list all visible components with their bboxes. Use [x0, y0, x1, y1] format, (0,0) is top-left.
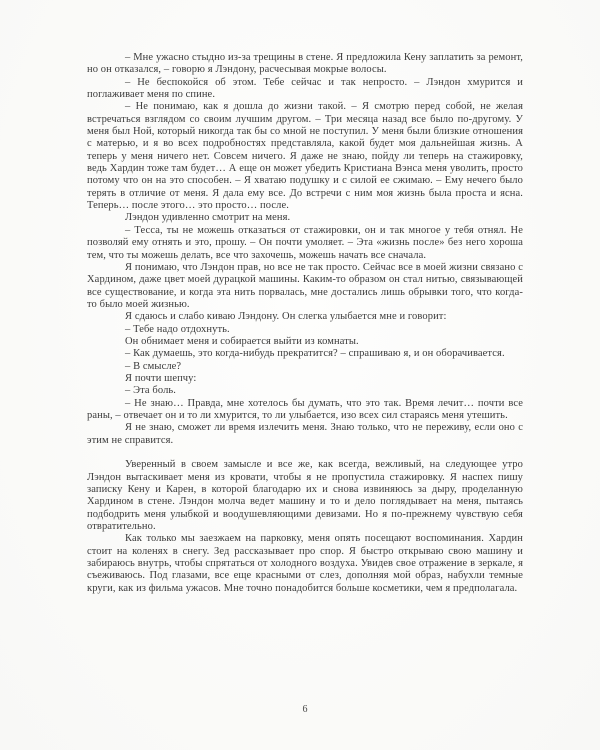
paragraph: Он обнимает меня и собирается выйти из к…	[87, 336, 523, 348]
paragraph: – Эта боль.	[87, 385, 523, 397]
page-number: 6	[87, 704, 523, 715]
paragraph: – В смысле?	[87, 361, 523, 373]
paragraph: – Не понимаю, как я дошла до жизни такой…	[87, 101, 523, 212]
paragraph: Я понимаю, что Лэндон прав, но все не та…	[87, 262, 523, 311]
paragraph: – Как думаешь, это когда-нибудь прекрати…	[87, 348, 523, 360]
page-text: – Мне ужасно стыдно из-за трещины в стен…	[87, 52, 523, 595]
paragraph: – Мне ужасно стыдно из-за трещины в стен…	[87, 52, 523, 77]
paragraph: Уверенный в своем замысле и все же, как …	[87, 459, 523, 533]
paragraph: – Тебе надо отдохнуть.	[87, 324, 523, 336]
paragraph: Лэндон удивленно смотрит на меня.	[87, 212, 523, 224]
book-page: – Мне ужасно стыдно из-за трещины в стен…	[0, 0, 600, 750]
paragraph: Я почти шепчу:	[87, 373, 523, 385]
paragraph: Я сдаюсь и слабо киваю Лэндону. Он слегк…	[87, 311, 523, 323]
paragraph: Я не знаю, сможет ли время излечить меня…	[87, 422, 523, 447]
paragraph: – Не беспокойся об этом. Тебе сейчас и т…	[87, 77, 523, 102]
paragraph: Как только мы заезжаем на парковку, меня…	[87, 533, 523, 595]
paragraph: – Тесса, ты не можешь отказаться от стаж…	[87, 225, 523, 262]
paragraph: – Не знаю… Правда, мне хотелось бы думат…	[87, 398, 523, 423]
